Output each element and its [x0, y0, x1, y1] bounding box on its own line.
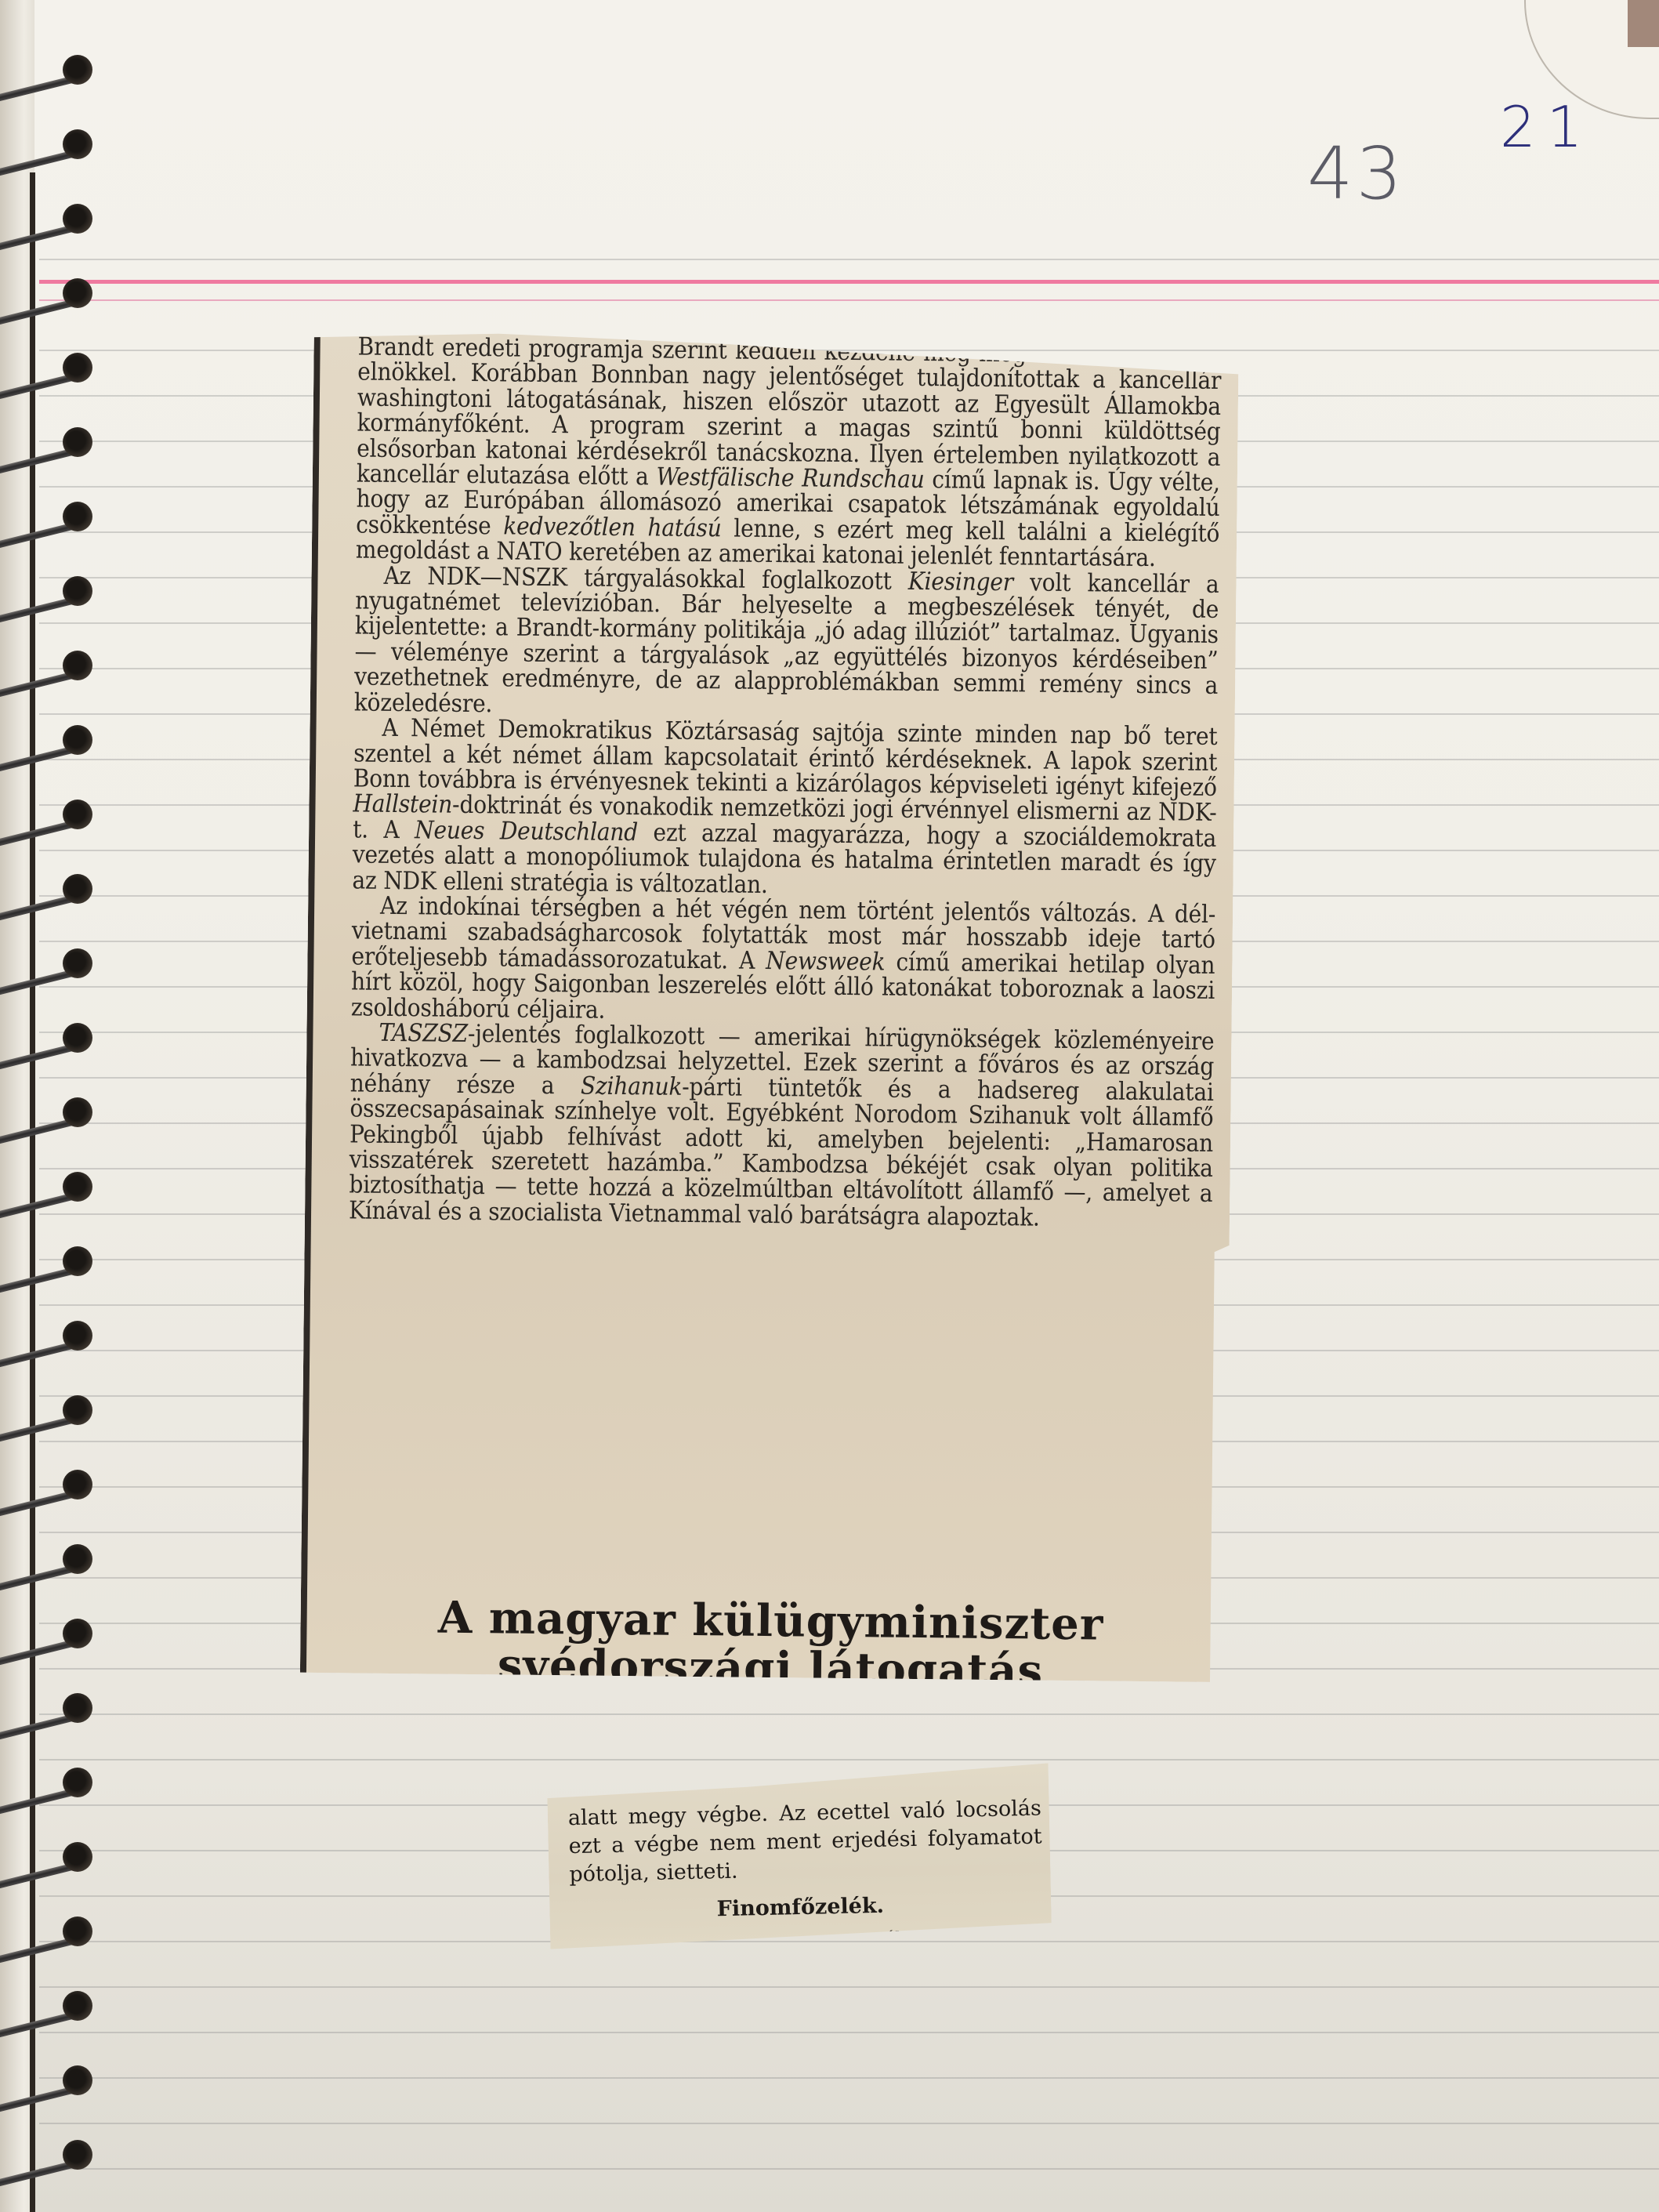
spiral-ring	[0, 800, 92, 829]
spiral-ring	[0, 1768, 92, 1797]
recipe-text: alatt megy végbe. Az ecettel való locsol…	[568, 1795, 1043, 1890]
spiral-ring	[0, 1395, 92, 1425]
article-paragraph: TASZSZ-jelentés foglalkozott — amerikai …	[349, 1020, 1215, 1232]
ruled-line	[39, 1941, 1659, 1942]
spiral-ring	[0, 129, 92, 159]
recipe-cut-text: …ályonként	[864, 1926, 976, 1950]
newspaper-clipping: Brandt eredeti programja szerint kedden …	[300, 307, 1239, 1682]
spiral-ring	[0, 874, 92, 904]
article-paragraph: A Német Demokratikus Köztársaság sajtója…	[352, 716, 1217, 902]
ruled-line	[39, 350, 1659, 351]
article-headline: A magyar külügyminiszter svédországi lát…	[379, 1594, 1163, 1682]
spiral-ring	[0, 1991, 92, 2021]
headline-container: A magyar külügyminiszter svédországi lát…	[300, 1585, 1226, 1682]
ruled-line	[39, 2123, 1659, 2124]
spiral-ring	[0, 1246, 92, 1276]
spiral-ring	[0, 1916, 92, 1946]
spiral-ring	[0, 1321, 92, 1351]
handwritten-page-number-blue: 21	[1500, 94, 1594, 160]
spiral-ring	[0, 1023, 92, 1053]
background-corner	[1628, 0, 1659, 47]
spiral-ring	[0, 278, 92, 308]
ruled-line	[39, 1986, 1659, 1988]
spiral-ring	[0, 725, 92, 755]
spiral-ring	[0, 1470, 92, 1499]
article-paragraph: Brandt eredeti programja szerint kedden …	[356, 334, 1222, 571]
recipe-clipping: alatt megy végbe. Az ecettel való locsol…	[547, 1763, 1052, 1949]
spiral-ring	[0, 1619, 92, 1648]
spiral-ring	[0, 576, 92, 606]
spiral-ring	[0, 2140, 92, 2170]
spiral-ring	[0, 1842, 92, 1872]
red-margin-line	[39, 280, 1659, 284]
spiral-ring	[0, 427, 92, 457]
column-rule	[300, 323, 321, 1673]
spiral-ring	[0, 204, 92, 234]
spiral-ring	[0, 1693, 92, 1723]
spiral-ring	[0, 1544, 92, 1574]
ruled-line	[39, 1759, 1659, 1761]
spiral-ring	[0, 55, 92, 85]
headline-line-1: A magyar külügyminiszter	[379, 1594, 1163, 1648]
red-margin-line-thin	[39, 299, 1659, 301]
spiral-ring	[0, 1097, 92, 1127]
spiral-ring	[0, 2065, 92, 2095]
ruled-line	[39, 1713, 1659, 1715]
spiral-ring	[0, 948, 92, 978]
article-paragraph: Az NDK—NSZK tárgyalásokkal foglalkozott …	[354, 563, 1219, 724]
spiral-ring	[0, 1172, 92, 1202]
article-body: Brandt eredeti programja szerint kedden …	[349, 334, 1222, 1232]
notebook-page: 43 21 Brandt eredeti programja szerint k…	[0, 0, 1659, 2212]
ruled-line	[39, 2168, 1659, 2170]
spiral-ring	[0, 651, 92, 680]
spiral-ring	[0, 353, 92, 383]
ruled-line	[39, 2077, 1659, 2079]
article-paragraph: Az indokínai térségben a hét végén nem t…	[351, 893, 1216, 1029]
recipe-title: Finomfőzelék.	[549, 1890, 1052, 1924]
ruled-line	[39, 259, 1659, 260]
spiral-ring	[0, 502, 92, 531]
ruled-line	[39, 2032, 1659, 2033]
handwritten-page-number: 43	[1307, 132, 1405, 216]
